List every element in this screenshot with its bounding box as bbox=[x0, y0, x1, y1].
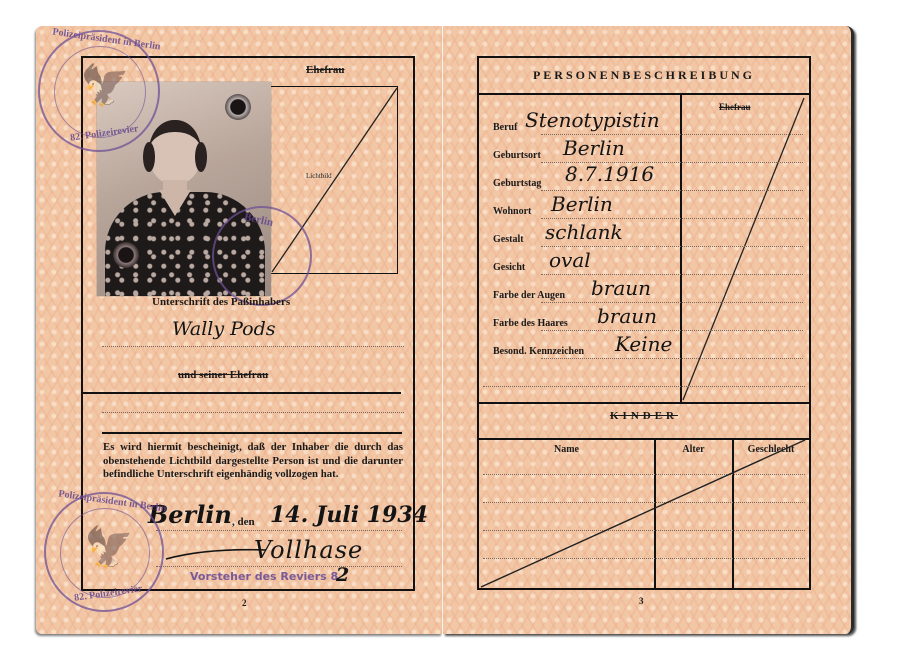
passport-right-page: PERSONENBESCHREIBUNG Ehefrau Beruf Steno… bbox=[443, 26, 854, 634]
official-title-stamp: Vorsteher des Reviers 8 bbox=[190, 570, 338, 583]
passport-left-page: Ehefrau Lichtbild 🦅 Polizeipräsident in … bbox=[36, 26, 442, 634]
page-number-right: 3 bbox=[639, 596, 644, 606]
police-stamp-bottom: 🦅 Polizeipräsident in Berlin 82. Polizei… bbox=[44, 492, 164, 612]
page-number-left: 2 bbox=[242, 598, 247, 608]
official-title-handwritten-number: 2 bbox=[336, 564, 349, 586]
official-signature-line bbox=[156, 566, 402, 567]
kinder-strike-diagonal bbox=[443, 26, 851, 634]
eagle-emblem-bottom-icon: 🦅 bbox=[84, 528, 134, 568]
